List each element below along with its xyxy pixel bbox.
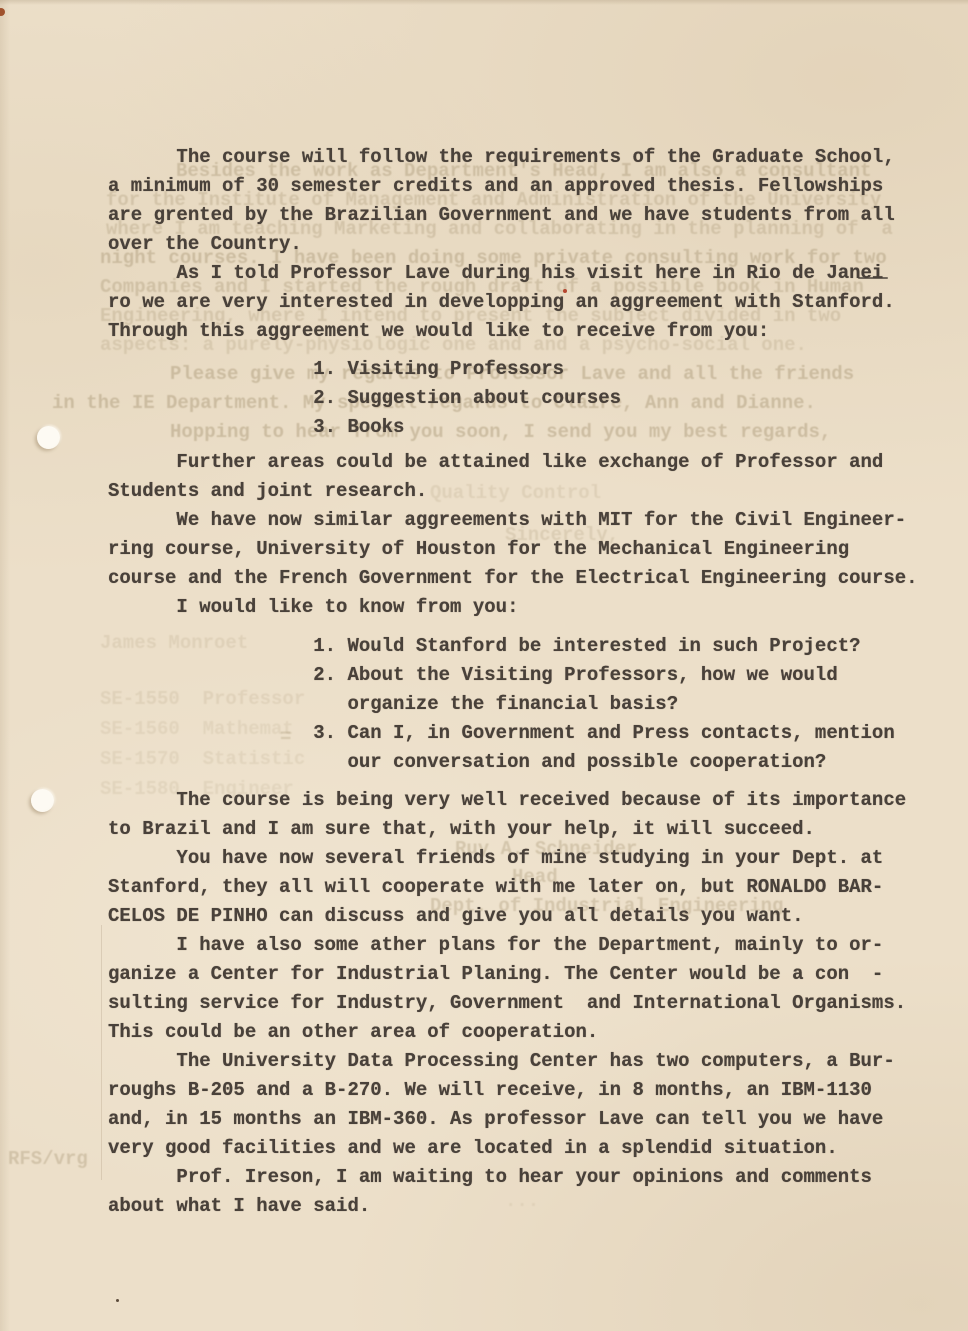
text-line: over the Country. xyxy=(108,230,948,259)
text-line: The University Data Processing Center ha… xyxy=(108,1047,948,1076)
scanned-letter-page: Besides the work as Department's Head, I… xyxy=(0,0,968,1331)
text-line: ring course, University of Houston for t… xyxy=(108,535,948,564)
paper-crease xyxy=(101,925,102,1180)
paper-speck xyxy=(563,289,567,293)
text-line: about what I have said. xyxy=(108,1192,948,1221)
text-line: 1. Would Stanford be interested in such … xyxy=(108,632,948,661)
text-line: The course is being very well received b… xyxy=(108,786,948,815)
text-line: Further areas could be attained like exc… xyxy=(108,448,948,477)
text-line: You have now several friends of mine stu… xyxy=(108,844,948,873)
text-line: Stanford, they all will cooperate with m… xyxy=(108,873,948,902)
text-line: CELOS DE PINHO can discuss and give you … xyxy=(108,902,948,931)
text-line: Students and joint research. xyxy=(108,477,948,506)
text-line: The course will follow the requirements … xyxy=(108,143,948,172)
punch-hole-top xyxy=(37,426,60,449)
text-line: ro we are very interested in developping… xyxy=(108,288,948,317)
text-line: are grented by the Brazilian Government … xyxy=(108,201,948,230)
text-line: ganize a Center for Industrial Planing. … xyxy=(108,960,948,989)
paper-speck xyxy=(116,1299,119,1302)
text-line: sulting service for Industry, Government… xyxy=(108,989,948,1018)
text-line: course and the French Government for the… xyxy=(108,564,948,593)
text-line: Prof. Ireson, I am waiting to hear your … xyxy=(108,1163,948,1192)
text-line: Through this aggreement we would like to… xyxy=(108,317,948,346)
text-line: a minimum of 30 semester credits and an … xyxy=(108,172,948,201)
paper-speck xyxy=(0,8,5,16)
text-line: 2. Suggestion about courses xyxy=(108,384,948,413)
text-line: to Brazil and I am sure that, with your … xyxy=(108,815,948,844)
text-line: This could be an other area of cooperati… xyxy=(108,1018,948,1047)
text-line: very good facilities and we are located … xyxy=(108,1134,948,1163)
punch-hole-bottom xyxy=(31,789,54,812)
ghost-text-line: RFS/vrg xyxy=(8,1148,88,1170)
text-line: 2. About the Visiting Professors, how we… xyxy=(108,661,948,690)
letter-body: The course will follow the requirements … xyxy=(108,143,948,1221)
text-line: We have now similar aggreements with MIT… xyxy=(108,506,948,535)
text-line: 3. Books xyxy=(108,413,948,442)
text-line: and, in 15 months an IBM-360. As profess… xyxy=(108,1105,948,1134)
text-line: 3. Can I, in Government and Press contac… xyxy=(108,719,948,748)
text-line: 1. Visiting Professors xyxy=(108,355,948,384)
text-line: I have also some ather plans for the Dep… xyxy=(108,931,948,960)
text-line: organize the financial basis? xyxy=(108,690,948,719)
text-line: roughs B-205 and a B-270. We will receiv… xyxy=(108,1076,948,1105)
text-line: our conversation and possible cooperatio… xyxy=(108,748,948,777)
hyphenation-underline-mark xyxy=(858,277,888,279)
text-line: As I told Professor Lave during his visi… xyxy=(108,259,948,288)
text-line: I would like to know from you: xyxy=(108,593,948,622)
